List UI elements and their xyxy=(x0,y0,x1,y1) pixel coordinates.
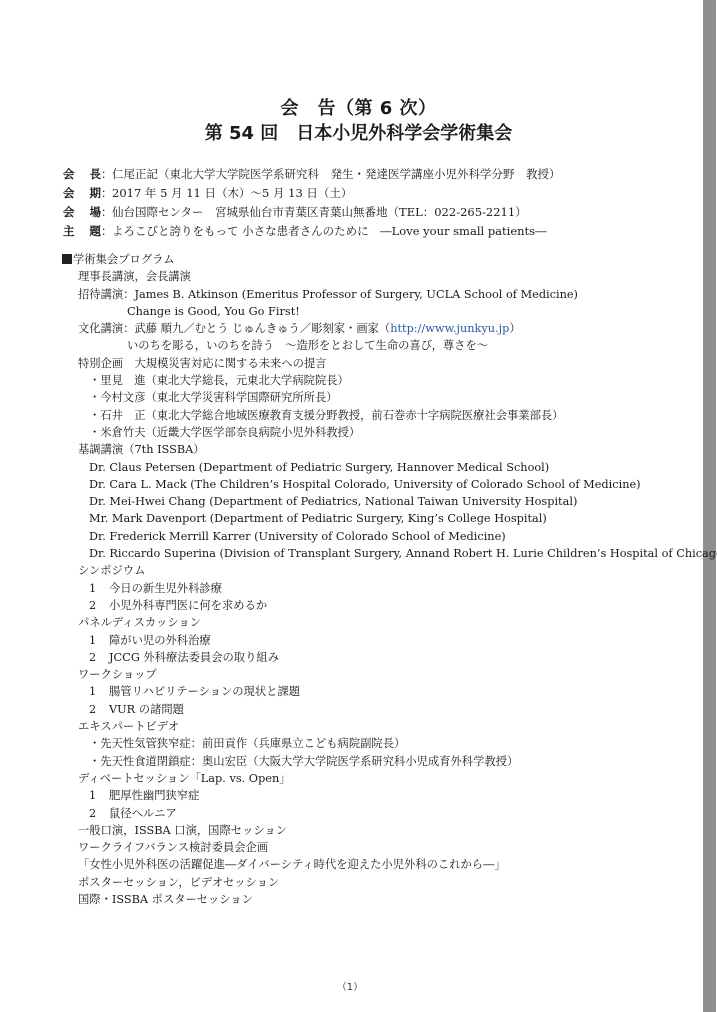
debate-title: ディベートセッション「Lap. vs. Open」 xyxy=(62,770,717,787)
workshop-item: 2VUR の諸問題 xyxy=(62,701,717,718)
workshop-title: ワークショップ xyxy=(62,666,717,683)
keynote-speaker: Dr. Riccardo Superina (Division of Trans… xyxy=(62,545,717,562)
symposium-item: 1今日の新生児外科診療 xyxy=(62,580,717,597)
panel-item: 2JCCG 外科療法委員会の取り組み xyxy=(62,649,717,666)
intl-poster-sessions: 国際・ISSBA ポスターセッション xyxy=(62,891,717,908)
keynote-speaker: Dr. Mei-Hwei Chang (Department of Pediat… xyxy=(62,493,717,510)
expert-video-title: エキスパートビデオ xyxy=(62,718,717,735)
panel-title: パネルディスカッション xyxy=(62,614,717,631)
chairman-lecture: 理事長講演，会長講演 xyxy=(62,268,717,285)
special-project-title: 特別企画 大規模災害対応に関する未来への提言 xyxy=(62,355,717,372)
info-value: 仙台国際センター 宮城県仙台市青葉区青葉山無番地（TEL：022-265-221… xyxy=(112,203,527,222)
info-row-dates: 会期 ： 2017 年 5 月 11 日（木）〜5 月 13 日（土） xyxy=(63,184,561,203)
keynote-speaker: Mr. Mark Davenport (Department of Pediat… xyxy=(62,510,717,527)
program-section: 学術集会プログラム 理事長講演，会長講演 招待講演：James B. Atkin… xyxy=(62,251,717,908)
info-value: 2017 年 5 月 11 日（木）〜5 月 13 日（土） xyxy=(112,184,352,203)
info-key: 会長 xyxy=(63,165,101,184)
cultural-lecture: 文化講演：武藤 順九／むとう じゅんきゅう／彫刻家・画家（http://www.… xyxy=(62,320,717,337)
info-value: 仁尾正記（東北大学大学院医学系研究科 発生・発達医学講座小児外科学分野 教授） xyxy=(112,165,561,184)
work-life-subtitle: 「女性小児外科医の活躍促進―ダイバーシティ時代を迎えた小児外科のこれから―」 xyxy=(62,856,717,873)
panel-item: 1障がい児の外科治療 xyxy=(62,632,717,649)
keynote-speaker: Dr. Frederick Merrill Karrer (University… xyxy=(62,528,717,545)
meeting-info: 会長 ： 仁尾正記（東北大学大学院医学系研究科 発生・発達医学講座小児外科学分野… xyxy=(63,165,561,241)
symposium-title: シンポジウム xyxy=(62,562,717,579)
special-speaker: ・里見 進（東北大学総長，元東北大学病院院長） xyxy=(62,372,717,389)
info-key: 会場 xyxy=(63,203,101,222)
keynote-speaker: Dr. Cara L. Mack (The Children’s Hospita… xyxy=(62,476,717,493)
program-heading: 学術集会プログラム xyxy=(62,251,717,268)
cultural-lecture-title: いのちを彫る，いのちを詩う 〜造形をとおして生命の喜び，尊さを〜 xyxy=(62,337,717,354)
keynote-speaker: Dr. Claus Petersen (Department of Pediat… xyxy=(62,459,717,476)
poster-sessions: ポスターセッション，ビデオセッション xyxy=(62,874,717,891)
debate-item: 1肥厚性幽門狭窄症 xyxy=(62,787,717,804)
workshop-item: 1腸管リハビリテーションの現状と課題 xyxy=(62,683,717,700)
keynote-title: 基調講演（7th ISSBA） xyxy=(62,441,717,458)
notice-title: 会 告（第 6 次） xyxy=(0,97,717,121)
info-value: よろこびと誇りをもって 小さな患者さんのために ―Love your small… xyxy=(112,222,547,241)
info-row-theme: 主題 ： よろこびと誇りをもって 小さな患者さんのために ―Love your … xyxy=(63,222,561,241)
special-speaker: ・石井 正（東北大学総合地域医療教育支援分野教授，前石巻赤十字病院医療社会事業部… xyxy=(62,407,717,424)
general-sessions: 一般口演，ISSBA 口演，国際セッション xyxy=(62,822,717,839)
invited-lecture: 招待講演：James B. Atkinson (Emeritus Profess… xyxy=(62,286,717,303)
junkyu-link[interactable]: http://www.junkyu.jp xyxy=(390,322,509,335)
work-life-title: ワークライフバランス検討委員会企画 xyxy=(62,839,717,856)
debate-item: 2鼠径ヘルニア xyxy=(62,805,717,822)
info-row-venue: 会場 ： 仙台国際センター 宮城県仙台市青葉区青葉山無番地（TEL：022-26… xyxy=(63,203,561,222)
page-number: （1） xyxy=(0,978,700,993)
invited-lecture-title: Change is Good, You Go First! xyxy=(62,303,717,320)
expert-video-item: ・先天性食道閉鎖症：奥山宏臣（大阪大学大学院医学系研究科小児成育外科学教授） xyxy=(62,753,717,770)
info-row-president: 会長 ： 仁尾正記（東北大学大学院医学系研究科 発生・発達医学講座小児外科学分野… xyxy=(63,165,561,184)
meeting-title: 第 54 回 日本小児外科学会学術集会 xyxy=(0,122,717,146)
symposium-item: 2小児外科専門医に何を求めるか xyxy=(62,597,717,614)
special-speaker: ・米倉竹夫（近畿大学医学部奈良病院小児外科教授） xyxy=(62,424,717,441)
info-key: 会期 xyxy=(63,184,101,203)
square-bullet-icon xyxy=(62,254,72,264)
title-block: 会 告（第 6 次） 第 54 回 日本小児外科学会学術集会 xyxy=(0,97,717,146)
special-speaker: ・今村文彦（東北大学災害科学国際研究所所長） xyxy=(62,389,717,406)
info-key: 主題 xyxy=(63,222,101,241)
expert-video-item: ・先天性気管狭窄症：前田貢作（兵庫県立こども病院副院長） xyxy=(62,735,717,752)
